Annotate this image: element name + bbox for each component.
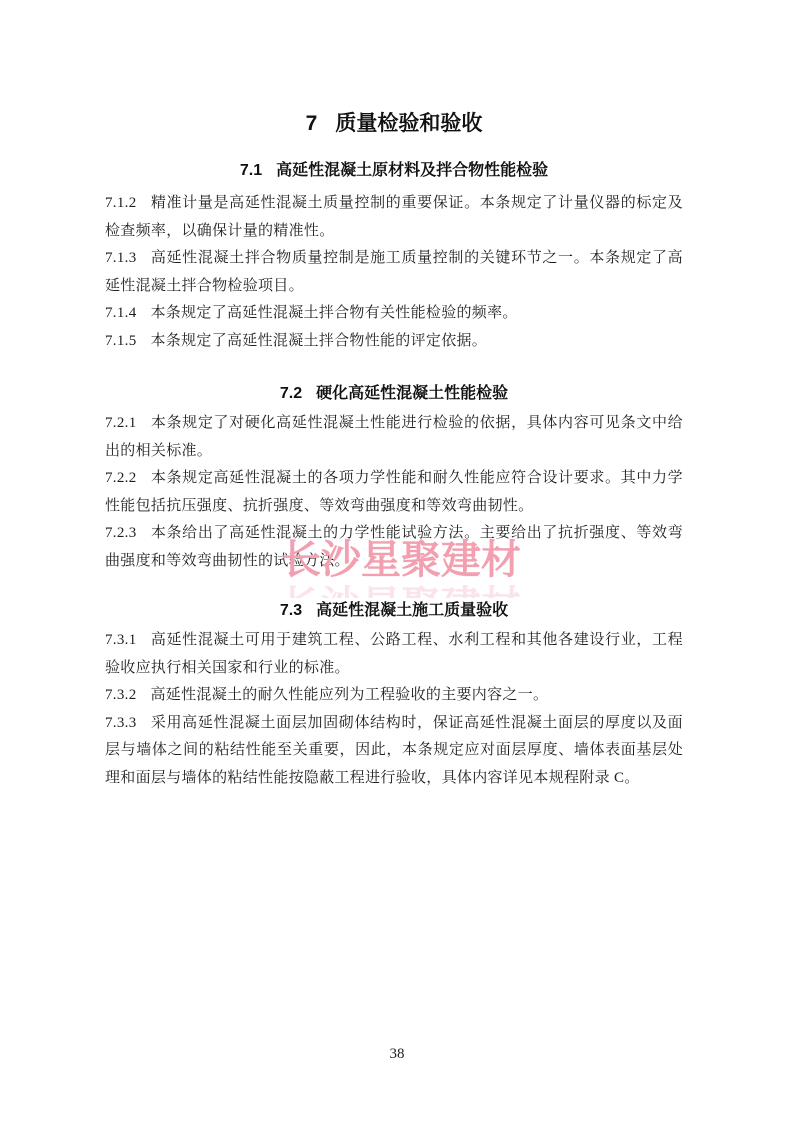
- section-number: 7.3: [280, 602, 302, 619]
- clause-text: 采用高延性混凝土面层加固砌体结构时，保证高延性混凝土面层的厚度以及面层与墙体之间…: [105, 715, 683, 786]
- section-heading-7-1: 7.1高延性混凝土原材料及拌合物性能检验: [105, 160, 683, 182]
- clause-number: 7.3.2: [105, 687, 151, 703]
- clause-number: 7.1.3: [105, 250, 151, 266]
- chapter-title-text: 质量检验和验收: [335, 112, 482, 135]
- clause-7-2-1: 7.2.1本条规定了对硬化高延性混凝土性能进行检验的依据，具体内容可见条文中给出…: [105, 410, 683, 465]
- document-content: 7质量检验和验收 7.1高延性混凝土原材料及拌合物性能检验 7.1.2精准计量是…: [0, 0, 794, 792]
- clause-7-1-4: 7.1.4本条规定了高延性混凝土拌合物有关性能检验的频率。: [105, 300, 683, 328]
- clause-7-1-2: 7.1.2精准计量是高延性混凝土质量控制的重要保证。本条规定了计量仪器的标定及检…: [105, 190, 683, 245]
- clause-7-3-2: 7.3.2高延性混凝土的耐久性能应列为工程验收的主要内容之一。: [105, 682, 683, 710]
- section-number: 7.1: [240, 162, 262, 179]
- section-number: 7.2: [280, 385, 302, 402]
- clause-number: 7.3.1: [105, 632, 151, 648]
- chapter-number: 7: [306, 112, 318, 135]
- clause-text: 精准计量是高延性混凝土质量控制的重要保证。本条规定了计量仪器的标定及检查频率，以…: [105, 195, 683, 239]
- document-page: 7质量检验和验收 7.1高延性混凝土原材料及拌合物性能检验 7.1.2精准计量是…: [0, 0, 794, 1123]
- clause-text: 高延性混凝土拌合物质量控制是施工质量控制的关键环节之一。本条规定了高延性混凝土拌…: [105, 250, 683, 294]
- section-title-text: 硬化高延性混凝土性能检验: [316, 385, 508, 402]
- section-heading-7-2: 7.2硬化高延性混凝土性能检验: [105, 383, 683, 405]
- section-title-text: 高延性混凝土施工质量验收: [316, 602, 508, 619]
- clause-number: 7.1.4: [105, 305, 151, 321]
- watermark-echo: 长沙星聚建材: [281, 585, 521, 598]
- clause-7-2-2: 7.2.2本条规定高延性混凝土的各项力学性能和耐久性能应符合设计要求。其中力学性…: [105, 465, 683, 520]
- clause-text: 高延性混凝土的耐久性能应列为工程验收的主要内容之一。: [151, 687, 549, 703]
- clause-number: 7.2.1: [105, 415, 151, 431]
- clause-number: 7.3.3: [105, 715, 151, 731]
- clause-7-1-3: 7.1.3高延性混凝土拌合物质量控制是施工质量控制的关键环节之一。本条规定了高延…: [105, 245, 683, 300]
- chapter-title: 7质量检验和验收: [105, 109, 683, 139]
- clause-number: 7.2.2: [105, 470, 151, 486]
- clause-text: 本条规定了高延性混凝土拌合物性能的评定依据。: [151, 333, 488, 349]
- clause-7-1-5: 7.1.5本条规定了高延性混凝土拌合物性能的评定依据。: [105, 328, 683, 356]
- clause-number: 7.1.5: [105, 333, 151, 349]
- watermark-text: 长沙星聚建材: [281, 539, 521, 581]
- clause-7-3-3: 7.3.3采用高延性混凝土面层加固砌体结构时，保证高延性混凝土面层的厚度以及面层…: [105, 710, 683, 793]
- section-title-text: 高延性混凝土原材料及拌合物性能检验: [276, 162, 548, 179]
- section-heading-7-3: 7.3高延性混凝土施工质量验收: [105, 600, 683, 622]
- clause-number: 7.2.3: [105, 525, 151, 541]
- clause-text: 本条规定了高延性混凝土拌合物有关性能检验的频率。: [151, 305, 518, 321]
- page-number: 38: [0, 1046, 794, 1063]
- clause-text: 高延性混凝土可用于建筑工程、公路工程、水利工程和其他各建设行业，工程验收应执行相…: [105, 632, 683, 676]
- clause-text: 本条规定了对硬化高延性混凝土性能进行检验的依据，具体内容可见条文中给出的相关标准…: [105, 415, 683, 459]
- clause-number: 7.1.2: [105, 195, 151, 211]
- clause-7-3-1: 7.3.1高延性混凝土可用于建筑工程、公路工程、水利工程和其他各建设行业，工程验…: [105, 627, 683, 682]
- clause-text: 本条规定高延性混凝土的各项力学性能和耐久性能应符合设计要求。其中力学性能包括抗压…: [105, 470, 683, 514]
